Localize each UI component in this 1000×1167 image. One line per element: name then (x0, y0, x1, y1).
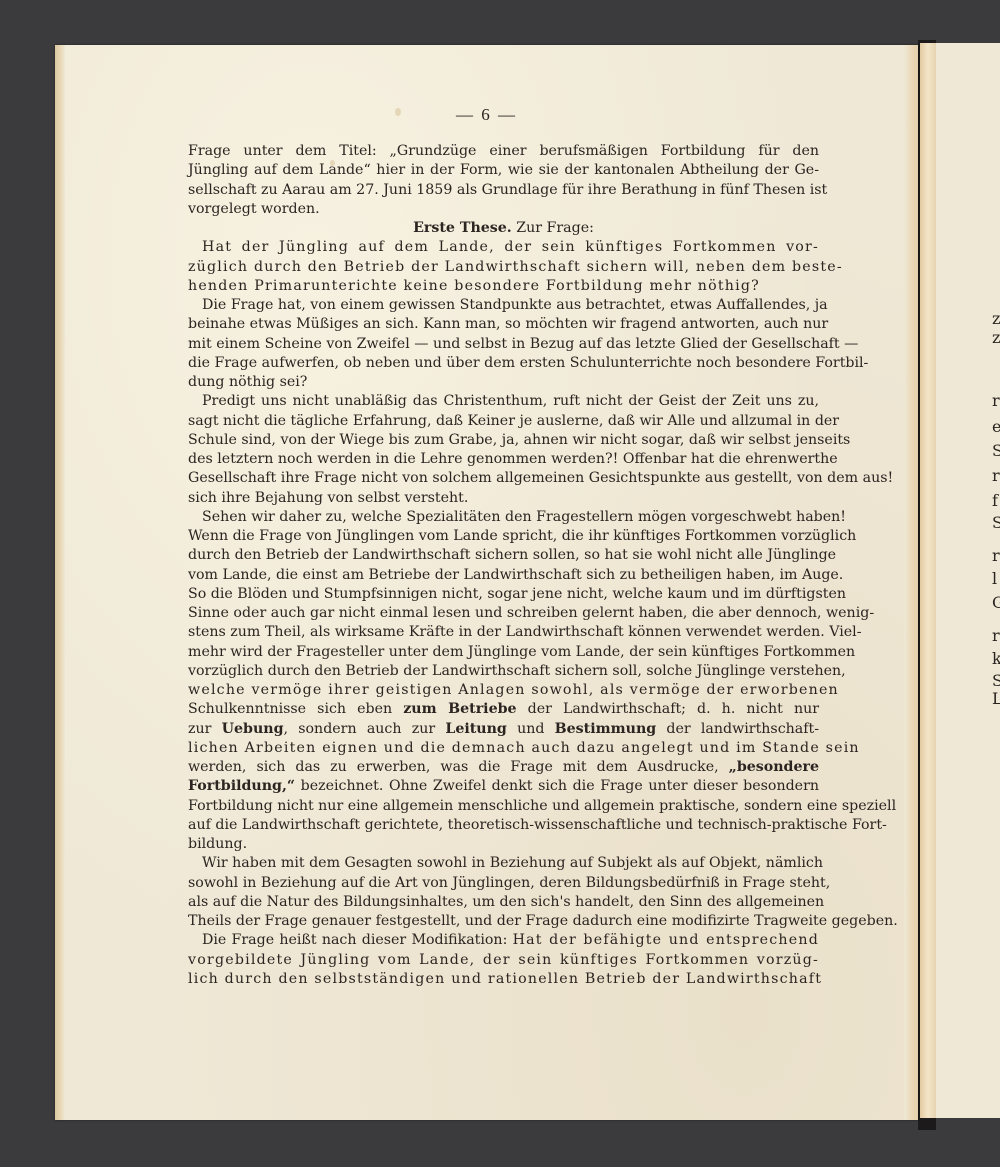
next-page-fragment: f (992, 493, 998, 509)
text-line: lich durch den selbstständigen und ratio… (188, 970, 819, 989)
text-line: Hat der Jüngling auf dem Lande, der sein… (188, 238, 819, 257)
emphasis-bold: Leitung (445, 721, 507, 737)
text-line: als auf die Natur des Bildungsinhaltes, … (188, 893, 819, 912)
heading-bold: Erste These. (413, 220, 512, 236)
next-page-fragment: L (992, 691, 1000, 707)
next-page-fragment: r (992, 393, 1000, 409)
text-line: sagt nicht die tägliche Erfahrung, daß K… (188, 412, 819, 431)
text-line: Wenn die Frage von Jünglingen vom Lande … (188, 527, 819, 546)
next-page-fragment: S (992, 673, 1000, 689)
text-line: Sinne oder auch gar nicht einmal lesen u… (188, 604, 819, 623)
next-page-fragment: z (992, 330, 1000, 346)
text-run: werden, sich das zu erwerben, was die Fr… (188, 759, 729, 775)
text-line: Jüngling auf dem Lande“ hier in der Form… (188, 161, 819, 180)
text-run: , sondern auch zur (284, 721, 446, 737)
text-run: Schulkenntnisse sich eben (188, 701, 403, 717)
text-line: durch den Betrieb der Landwirthschaft si… (188, 546, 819, 565)
text-line: welche vermöge ihrer geistigen Anlagen s… (188, 681, 819, 700)
text-run: bezeichnet. Ohne Zweifel denkt sich die … (295, 778, 819, 794)
text-line: auf die Landwirthschaft gerichtete, theo… (188, 816, 819, 835)
text-line: mehr wird der Fragesteller unter dem Jün… (188, 643, 819, 662)
text-line: stens zum Theil, als wirksame Kräfte in … (188, 623, 819, 642)
text-line: Frage unter dem Titel: „Grundzüge einer … (188, 142, 819, 161)
text-run: zur (188, 721, 222, 737)
emphasis-bold: Fortbildung,“ (188, 778, 295, 794)
text-line: Sehen wir daher zu, welche Spezialitäten… (188, 508, 819, 527)
page-edge-left (55, 45, 65, 1120)
text-line: Wir haben mit dem Gesagten sowohl in Bez… (188, 854, 819, 873)
page-edge-right (904, 45, 918, 1120)
next-page-fragment: e (992, 419, 1000, 435)
heading-rest: Zur Frage: (512, 220, 594, 236)
text-line-rich: Schulkenntnisse sich eben zum Betriebe d… (188, 700, 819, 719)
text-line: die Frage aufwerfen, ob neben und über d… (188, 354, 819, 373)
text-run: der landwirthschaft- (656, 721, 819, 737)
next-page-fragment: l (992, 571, 997, 587)
book-page: — 6 — Frage unter dem Titel: „Grundzüge … (55, 45, 918, 1120)
text-line-rich: werden, sich das zu erwerben, was die Fr… (188, 758, 819, 777)
section-heading: Erste These. Zur Frage: (188, 219, 819, 238)
page-number: — 6 — (55, 105, 918, 125)
text-line-rich: Die Frage heißt nach dieser Modifikation… (188, 931, 819, 950)
emphasis-bold: Uebung (222, 721, 284, 737)
text-line: Schule sind, von der Wiege bis zum Grabe… (188, 431, 819, 450)
text-line-rich: zur Uebung, sondern auch zur Leitung und… (188, 720, 819, 739)
next-page-fragment: S (992, 443, 1000, 459)
next-page-fragment: z (992, 311, 1000, 327)
text-line: Fortbildung nicht nur eine allgemein men… (188, 797, 819, 816)
text-line: vorgelegt worden. (188, 200, 819, 219)
text-line: mit einem Scheine von Zweifel — und selb… (188, 335, 819, 354)
text-line: vorzüglich durch den Betrieb der Landwir… (188, 662, 819, 681)
text-line: züglich durch den Betrieb der Landwirths… (188, 258, 819, 277)
text-line: Theils der Frage genauer festgestellt, u… (188, 912, 819, 931)
text-line: sowohl in Beziehung auf die Art von Jüng… (188, 874, 819, 893)
text-line: Predigt uns nicht unabläßig das Christen… (188, 392, 819, 411)
text-line: henden Primarunterichte keine besondere … (188, 277, 819, 296)
text-line: sellschaft zu Aarau am 27. Juni 1859 als… (188, 181, 819, 200)
text-line: dung nöthig sei? (188, 373, 819, 392)
text-run: der Landwirthschaft; d. h. nicht nur (517, 701, 819, 717)
text-line: lichen Arbeiten eignen und die demnach a… (188, 739, 819, 758)
emphasis-bold: „besondere (729, 759, 819, 775)
text-line-rich: Fortbildung,“ bezeichnet. Ohne Zweifel d… (188, 777, 819, 796)
page-body-text: Frage unter dem Titel: „Grundzüge einer … (188, 142, 819, 989)
next-page-fragment: r (992, 628, 1000, 644)
text-line: So die Blöden und Stumpfsinnigen nicht, … (188, 585, 819, 604)
text-line: Die Frage hat, von einem gewissen Standp… (188, 296, 819, 315)
emphasis-bold: zum Betriebe (403, 701, 516, 717)
text-run-spaced: Hat der befähigte und entsprechend (513, 932, 819, 948)
emphasis-bold: Bestimmung (555, 721, 657, 737)
text-run: Die Frage heißt nach dieser Modifikation… (202, 932, 513, 948)
next-page-fragment: G (992, 595, 1000, 611)
next-page-fragment: r (992, 468, 1000, 484)
next-page-fragment: S (992, 515, 1000, 531)
text-line: des letztern noch werden in die Lehre ge… (188, 450, 819, 469)
text-line: vom Lande, die einst am Betriebe der Lan… (188, 566, 819, 585)
text-run: und (507, 721, 555, 737)
text-line: Gesellschaft ihre Frage nicht von solche… (188, 469, 819, 488)
next-page-fragment: r (992, 548, 1000, 564)
text-line: sich ihre Bejahung von selbst versteht. (188, 489, 819, 508)
text-line: beinahe etwas Müßiges an sich. Kann man,… (188, 315, 819, 334)
book-spine (920, 43, 936, 1118)
next-page-edge: z z r e S r f S r l G r k S L (920, 43, 1000, 1118)
text-line: bildung. (188, 835, 819, 854)
text-line: vorgebildete Jüngling vom Lande, der sei… (188, 951, 819, 970)
next-page-fragment: k (992, 651, 1000, 667)
